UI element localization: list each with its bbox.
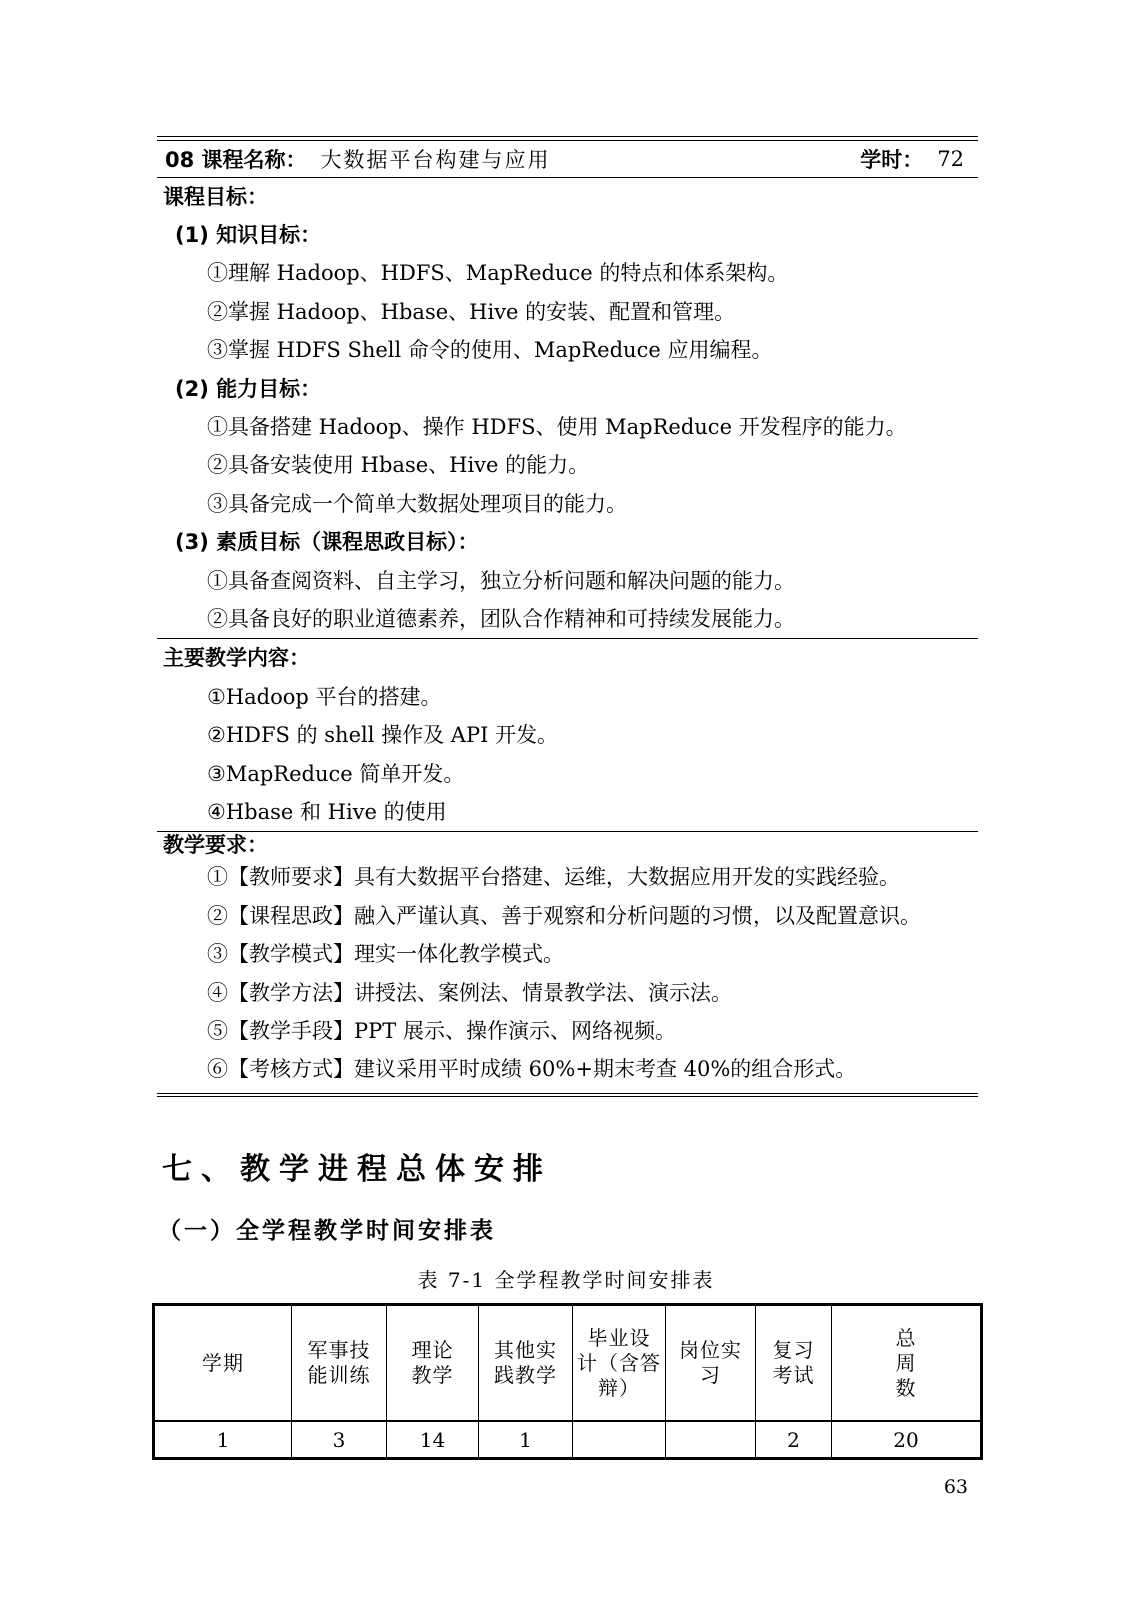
col-header-post-internship: 岗位实 习: [666, 1305, 756, 1422]
section-title: 主要教学内容：: [157, 639, 978, 677]
objective-group-label: (3) 素质目标（课程思政目标）：: [157, 523, 978, 561]
requirement-item: ⑤【教学手段】PPT 展示、操作演示、网络视频。: [157, 1012, 978, 1050]
cell-total-weeks: 20: [832, 1421, 982, 1459]
requirement-item: ④【教学方法】讲授法、案例法、情景教学法、演示法。: [157, 974, 978, 1012]
content-item: ④Hbase 和 Hive 的使用: [157, 793, 978, 831]
course-name: 大数据平台构建与应用: [321, 144, 551, 174]
table-row: 1 3 14 1 2 20: [154, 1421, 982, 1459]
objective-item: ①具备查阅资料、自主学习，独立分析问题和解决问题的能力。: [157, 562, 978, 600]
col-header-graduation-design: 毕业设 计（含答 辩）: [573, 1305, 666, 1422]
cell-graduation-design: [573, 1421, 666, 1459]
objective-item: ②具备安装使用 Hbase、Hive 的能力。: [157, 446, 978, 484]
schedule-table: 学期 军事技 能训练 理论 教学 其他实 践教学 毕业设 计（含答 辩） 岗位实…: [152, 1303, 983, 1460]
table-caption: 表 7-1 全学程教学时间安排表: [152, 1264, 980, 1293]
course-header-row: 08 课程名称： 大数据平台构建与应用 学时： 72: [157, 141, 978, 177]
requirement-item: ②【课程思政】融入严谨认真、善于观察和分析问题的习惯，以及配置意识。: [157, 897, 978, 935]
course-objectives-section: 课程目标： (1) 知识目标： ①理解 Hadoop、HDFS、MapReduc…: [157, 178, 978, 639]
cell-semester: 1: [154, 1421, 292, 1459]
requirement-item: ①【教师要求】具有大数据平台搭建、运维，大数据应用开发的实践经验。: [157, 858, 978, 896]
hours-label: 学时：: [860, 144, 923, 174]
content-item: ②HDFS 的 shell 操作及 API 开发。: [157, 716, 978, 754]
document-page: 08 课程名称： 大数据平台构建与应用 学时： 72 课程目标： (1) 知识目…: [0, 0, 1131, 1600]
objective-item: ①理解 Hadoop、HDFS、MapReduce 的特点和体系架构。: [157, 254, 978, 292]
objective-group-label: (1) 知识目标：: [157, 216, 978, 254]
objective-item: ②具备良好的职业道德素养，团队合作精神和可持续发展能力。: [157, 600, 978, 638]
col-header-theory-teaching: 理论 教学: [387, 1305, 479, 1422]
col-header-total-weeks: 总 周 数: [832, 1305, 982, 1422]
cell-post-internship: [666, 1421, 756, 1459]
divider-double-bottom: [157, 1093, 978, 1098]
course-info-box: 08 课程名称： 大数据平台构建与应用 学时： 72 课程目标： (1) 知识目…: [157, 136, 978, 1097]
col-header-military-training: 军事技 能训练: [292, 1305, 387, 1422]
teaching-requirements-section: 教学要求： ①【教师要求】具有大数据平台搭建、运维，大数据应用开发的实践经验。 …: [157, 832, 978, 1092]
section-title: 教学要求：: [157, 832, 978, 858]
section-title: 课程目标：: [157, 178, 978, 216]
col-header-semester: 学期: [154, 1305, 292, 1422]
table-header-row: 学期 军事技 能训练 理论 教学 其他实 践教学 毕业设 计（含答 辩） 岗位实…: [154, 1305, 982, 1422]
cell-review-exam: 2: [756, 1421, 832, 1459]
teaching-content-section: 主要教学内容： ①Hadoop 平台的搭建。 ②HDFS 的 shell 操作及…: [157, 639, 978, 831]
requirement-item: ③【教学模式】理实一体化教学模式。: [157, 935, 978, 973]
objective-item: ②掌握 Hadoop、Hbase、Hive 的安装、配置和管理。: [157, 293, 978, 331]
cell-theory-teaching: 14: [387, 1421, 479, 1459]
content-item: ③MapReduce 简单开发。: [157, 755, 978, 793]
col-header-other-practice: 其他实 践教学: [479, 1305, 573, 1422]
objective-group-label: (2) 能力目标：: [157, 370, 978, 408]
content-item: ①Hadoop 平台的搭建。: [157, 678, 978, 716]
objective-item: ③掌握 HDFS Shell 命令的使用、MapReduce 应用编程。: [157, 331, 978, 369]
cell-other-practice: 1: [479, 1421, 573, 1459]
page-number: 63: [944, 1476, 968, 1498]
cell-military-training: 3: [292, 1421, 387, 1459]
col-header-review-exam: 复习 考试: [756, 1305, 832, 1422]
requirement-item: ⑥【考核方式】建议采用平时成绩 60%+期末考查 40%的组合形式。: [157, 1050, 978, 1088]
objective-item: ③具备完成一个简单大数据处理项目的能力。: [157, 485, 978, 523]
hours-value: 72: [937, 147, 964, 171]
subsection-heading: （一）全学程教学时间安排表: [158, 1212, 496, 1245]
objective-item: ①具备搭建 Hadoop、操作 HDFS、使用 MapReduce 开发程序的能…: [157, 408, 978, 446]
course-no-label: 08 课程名称：: [165, 144, 307, 174]
section-heading: 七、教学进程总体安排: [162, 1144, 552, 1188]
